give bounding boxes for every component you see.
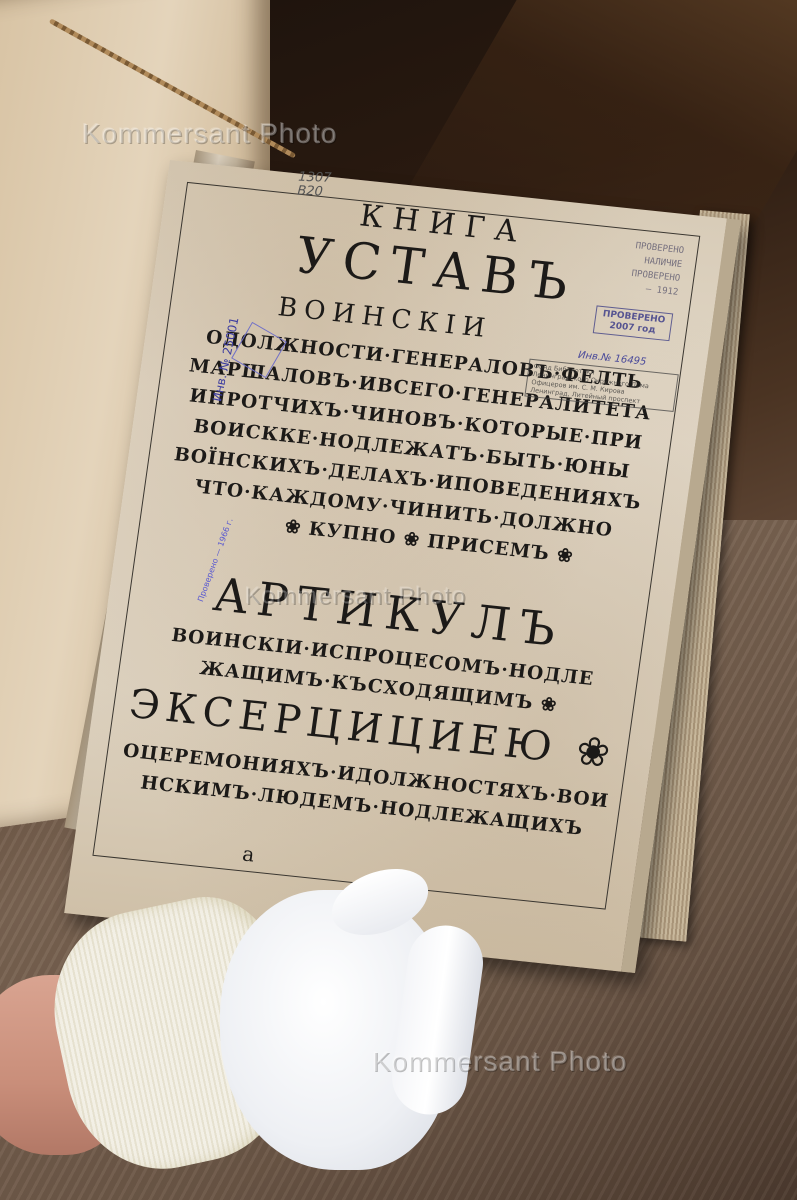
watermark-top: Kommersant Photo [82, 118, 338, 150]
title-page: 1307 B20 КНИГА УСТАВЪ ВОИНСКІИ ОДОЛЖНОСТ… [64, 160, 741, 973]
watermark-middle: Kommersant Photo [245, 583, 466, 611]
watermark-bottom: Kommersant Photo [372, 1046, 628, 1078]
checked-stamps-faded: ПРОВЕРЕНО НАЛИЧИЕ ПРОВЕРЕНО — 1912 [568, 233, 685, 300]
photo-scene: 1307 B20 КНИГА УСТАВЪ ВОИНСКІИ ОДОЛЖНОСТ… [0, 0, 797, 1200]
